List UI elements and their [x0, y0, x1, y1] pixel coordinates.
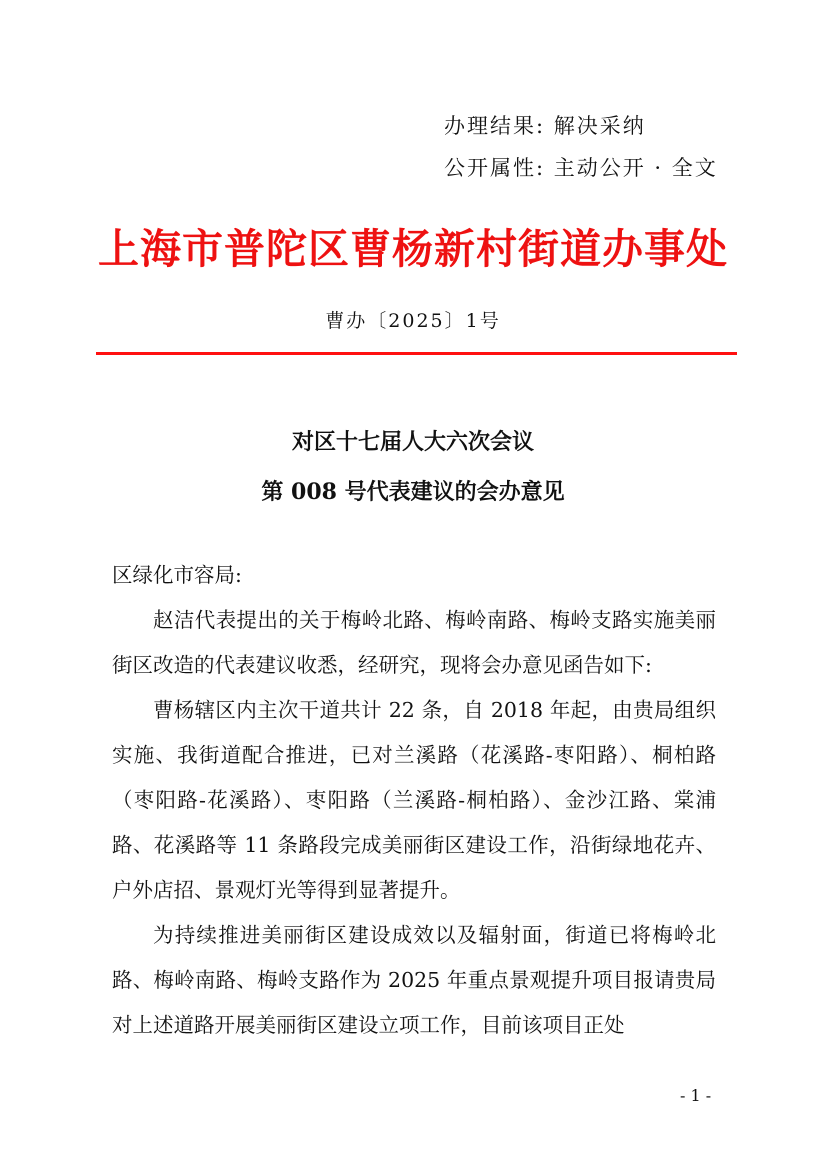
issuer-letterhead: 上海市普陀区曹杨新村街道办事处	[0, 216, 826, 275]
body-paragraph: 赵洁代表提出的关于梅岭北路、梅岭南路、梅岭支路实施美丽街区改造的代表建议收悉，经…	[112, 598, 716, 688]
document-number: 曹办〔2025〕1号	[0, 306, 826, 333]
salutation: 区绿化市容局:	[112, 553, 716, 598]
document-title-line-1: 对区十七届人大六次会议	[0, 425, 826, 456]
disclosure-attribute: 公开属性: 主动公开 · 全文	[444, 152, 718, 182]
handling-result: 办理结果: 解决采纳	[444, 110, 646, 140]
document-title-line-2: 第 008 号代表建议的会办意见	[0, 475, 826, 506]
body-paragraph: 曹杨辖区内主次干道共计 22 条，自 2018 年起，由贵局组织实施、我街道配合…	[112, 688, 716, 913]
red-divider-rule	[96, 352, 737, 355]
document-body: 区绿化市容局: 赵洁代表提出的关于梅岭北路、梅岭南路、梅岭支路实施美丽街区改造的…	[112, 553, 716, 1048]
page-number: - 1 -	[680, 1086, 711, 1105]
body-paragraph: 为持续推进美丽街区建设成效以及辐射面，街道已将梅岭北路、梅岭南路、梅岭支路作为 …	[112, 913, 716, 1048]
